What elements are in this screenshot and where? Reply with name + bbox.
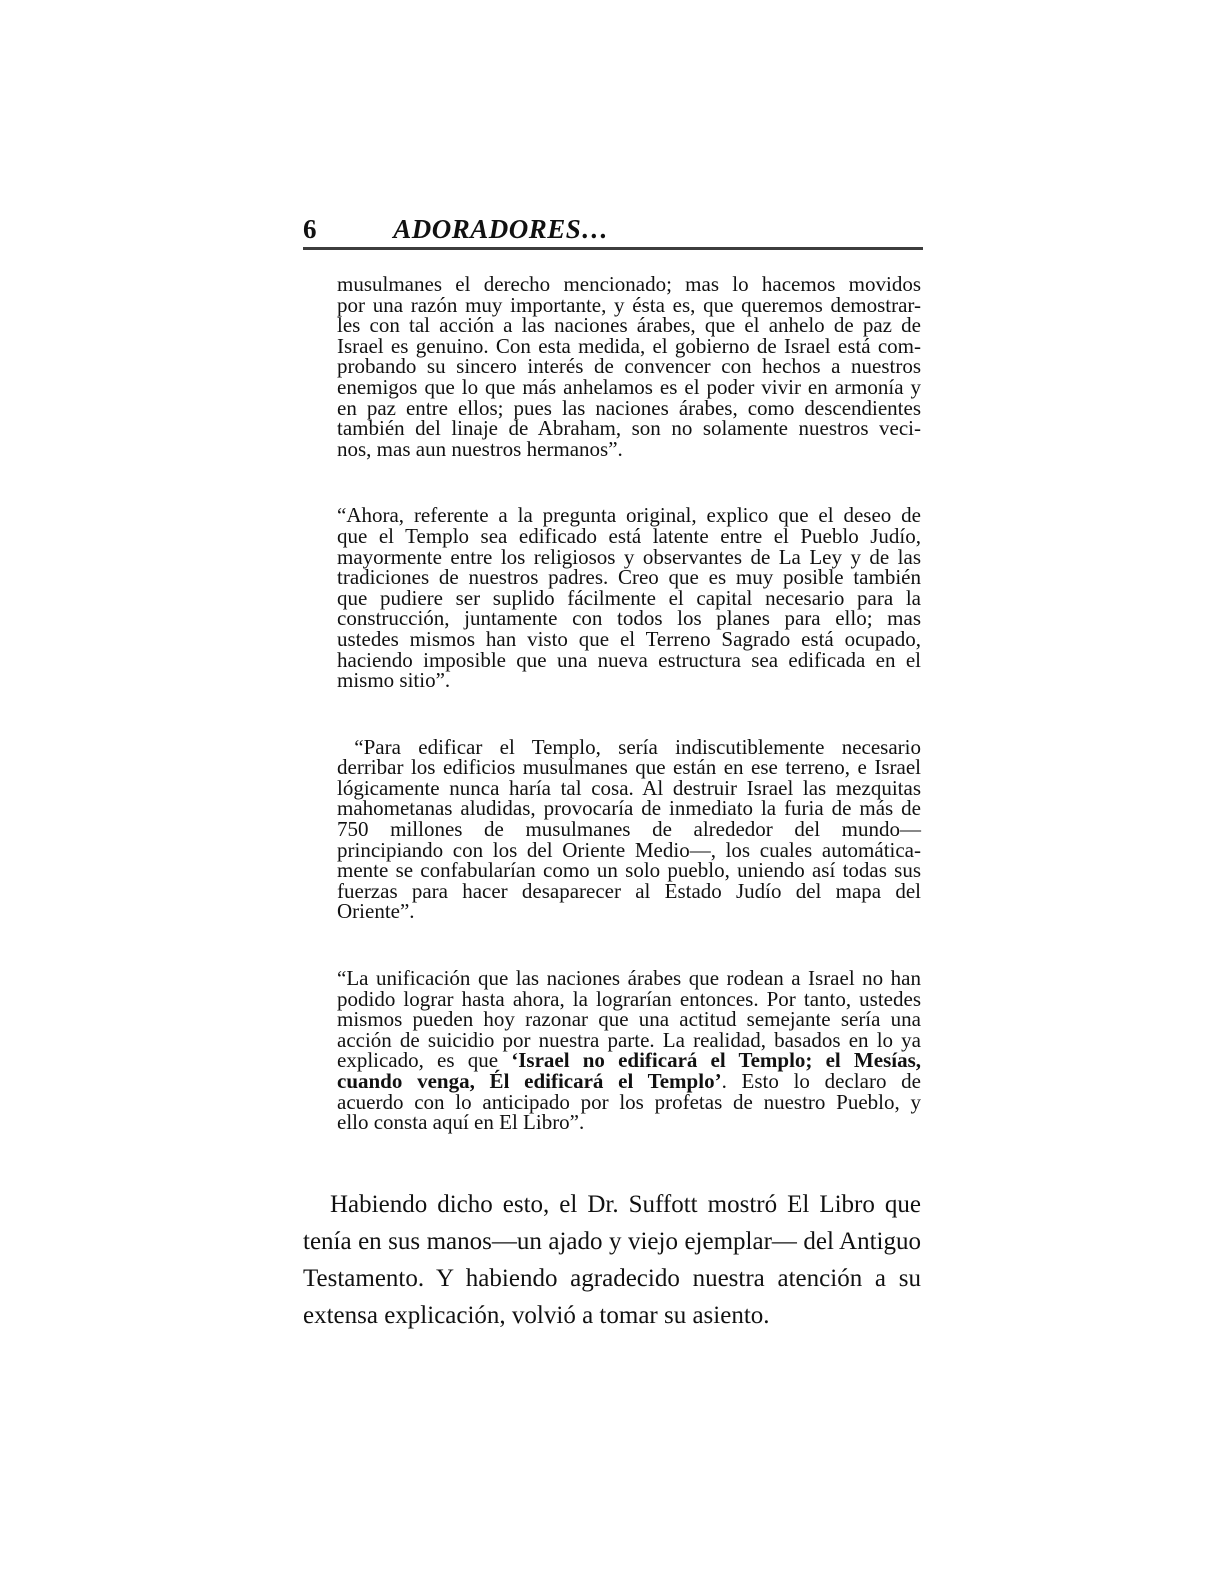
text-line: mismo sitio”.	[337, 670, 921, 691]
text-line: 750 millones de musulmanes de alrededor …	[337, 819, 921, 840]
text-line: “Para edificar el Templo, sería indiscut…	[337, 737, 921, 758]
text-segment: fuerzas para hacer desaparecer al Estado…	[337, 879, 921, 903]
text-line: cuando venga, Él edificará el Templo’. E…	[337, 1071, 921, 1092]
text-segment: Testamento. Y habiendo agradecido nuestr…	[303, 1265, 921, 1292]
text-line: extensa explicación, volvió a tomar su a…	[303, 1297, 921, 1334]
text-line: lógicamente nunca haría tal cosa. Al des…	[337, 778, 921, 799]
text-line: Oriente”.	[337, 901, 921, 922]
text-line: podido lograr hasta ahora, la lograrían …	[337, 989, 921, 1010]
text-line: “La unificación que las naciones árabes …	[337, 968, 921, 989]
text-line: Habiendo dicho esto, el Dr. Suffott most…	[303, 1186, 921, 1223]
text-segment: nos, mas aun nuestros hermanos”.	[337, 437, 623, 461]
text-line: en paz entre ellos; pues las naciones ár…	[337, 398, 921, 419]
text-line: mente se confabularían como un solo pueb…	[337, 860, 921, 881]
quotation-block: musulmanes el derecho mencionado; mas lo…	[337, 274, 921, 1133]
text-line: ustedes mismos han visto que el Terreno …	[337, 629, 921, 650]
page-header: 6 ADORADORES…	[303, 214, 923, 244]
text-line: por una razón muy importante, y ésta es,…	[337, 295, 921, 316]
text-line: les con tal acción a las naciones árabes…	[337, 315, 921, 336]
text-line: tradiciones de nuestros padres. Creo que…	[337, 567, 921, 588]
text-line: fuerzas para hacer desaparecer al Estado…	[337, 881, 921, 902]
text-segment: tenía en sus manos—un ajado y viejo ejem…	[303, 1228, 921, 1255]
closing-paragraph: Habiendo dicho esto, el Dr. Suffott most…	[303, 1186, 921, 1334]
text-line: nos, mas aun nuestros hermanos”.	[337, 439, 921, 460]
text-line: musulmanes el derecho mencionado; mas lo…	[337, 274, 921, 295]
text-line: mahometanas aludidas, provocaría de inme…	[337, 798, 921, 819]
header-rule	[303, 247, 923, 250]
text-line: construcción, juntamente con todos los p…	[337, 608, 921, 629]
text-line: mayormente entre los religiosos y observ…	[337, 547, 921, 568]
text-line: también del linaje de Abraham, son no so…	[337, 418, 921, 439]
text-line: acción de suicidio por nuestra parte. La…	[337, 1030, 921, 1051]
text-line: Israel es genuino. Con esta medida, el g…	[337, 336, 921, 357]
text-line: enemigos que lo que más anhelamos es el …	[337, 377, 921, 398]
text-segment: extensa explicación, volvió a tomar su a…	[303, 1302, 770, 1329]
text-line: que pudiere ser suplido fácilmente el ca…	[337, 588, 921, 609]
text-line: que el Templo sea edificado está latente…	[337, 526, 921, 547]
text-line: derribar los edificios musulmanes que es…	[337, 757, 921, 778]
quote-paragraph-3: “Para edificar el Templo, sería indiscut…	[337, 737, 921, 922]
text-line: haciendo imposible que una nueva estruct…	[337, 650, 921, 671]
text-line: mismos pueden hoy razonar que una actitu…	[337, 1009, 921, 1030]
text-segment: Oriente”.	[337, 899, 415, 923]
text-line: principiando con los del Oriente Medio—,…	[337, 840, 921, 861]
text-line: tenía en sus manos—un ajado y viejo ejem…	[303, 1223, 921, 1260]
text-line: explicado, es que ‘Israel no edificará e…	[337, 1050, 921, 1071]
text-segment: Habiendo dicho esto, el Dr. Suffott most…	[330, 1191, 921, 1218]
quote-paragraph-2: “Ahora, referente a la pregunta original…	[337, 505, 921, 690]
page-number: 6	[303, 214, 317, 244]
quote-paragraph-4: “La unificación que las naciones árabes …	[337, 968, 921, 1133]
text-line: ello consta aquí en El Libro”.	[337, 1112, 921, 1133]
text-line: Testamento. Y habiendo agradecido nuestr…	[303, 1260, 921, 1297]
running-title: ADORADORES…	[393, 214, 609, 244]
text-segment: ello consta aquí en El Libro”.	[337, 1110, 584, 1134]
text-line: probando su sincero interés de convencer…	[337, 356, 921, 377]
text-segment: mismo sitio”.	[337, 668, 450, 692]
text-line: “Ahora, referente a la pregunta original…	[337, 505, 921, 526]
book-page: 6 ADORADORES… musulmanes el derecho menc…	[0, 0, 1224, 1584]
text-line: acuerdo con lo anticipado por los profet…	[337, 1092, 921, 1113]
quote-paragraph-1: musulmanes el derecho mencionado; mas lo…	[337, 274, 921, 459]
